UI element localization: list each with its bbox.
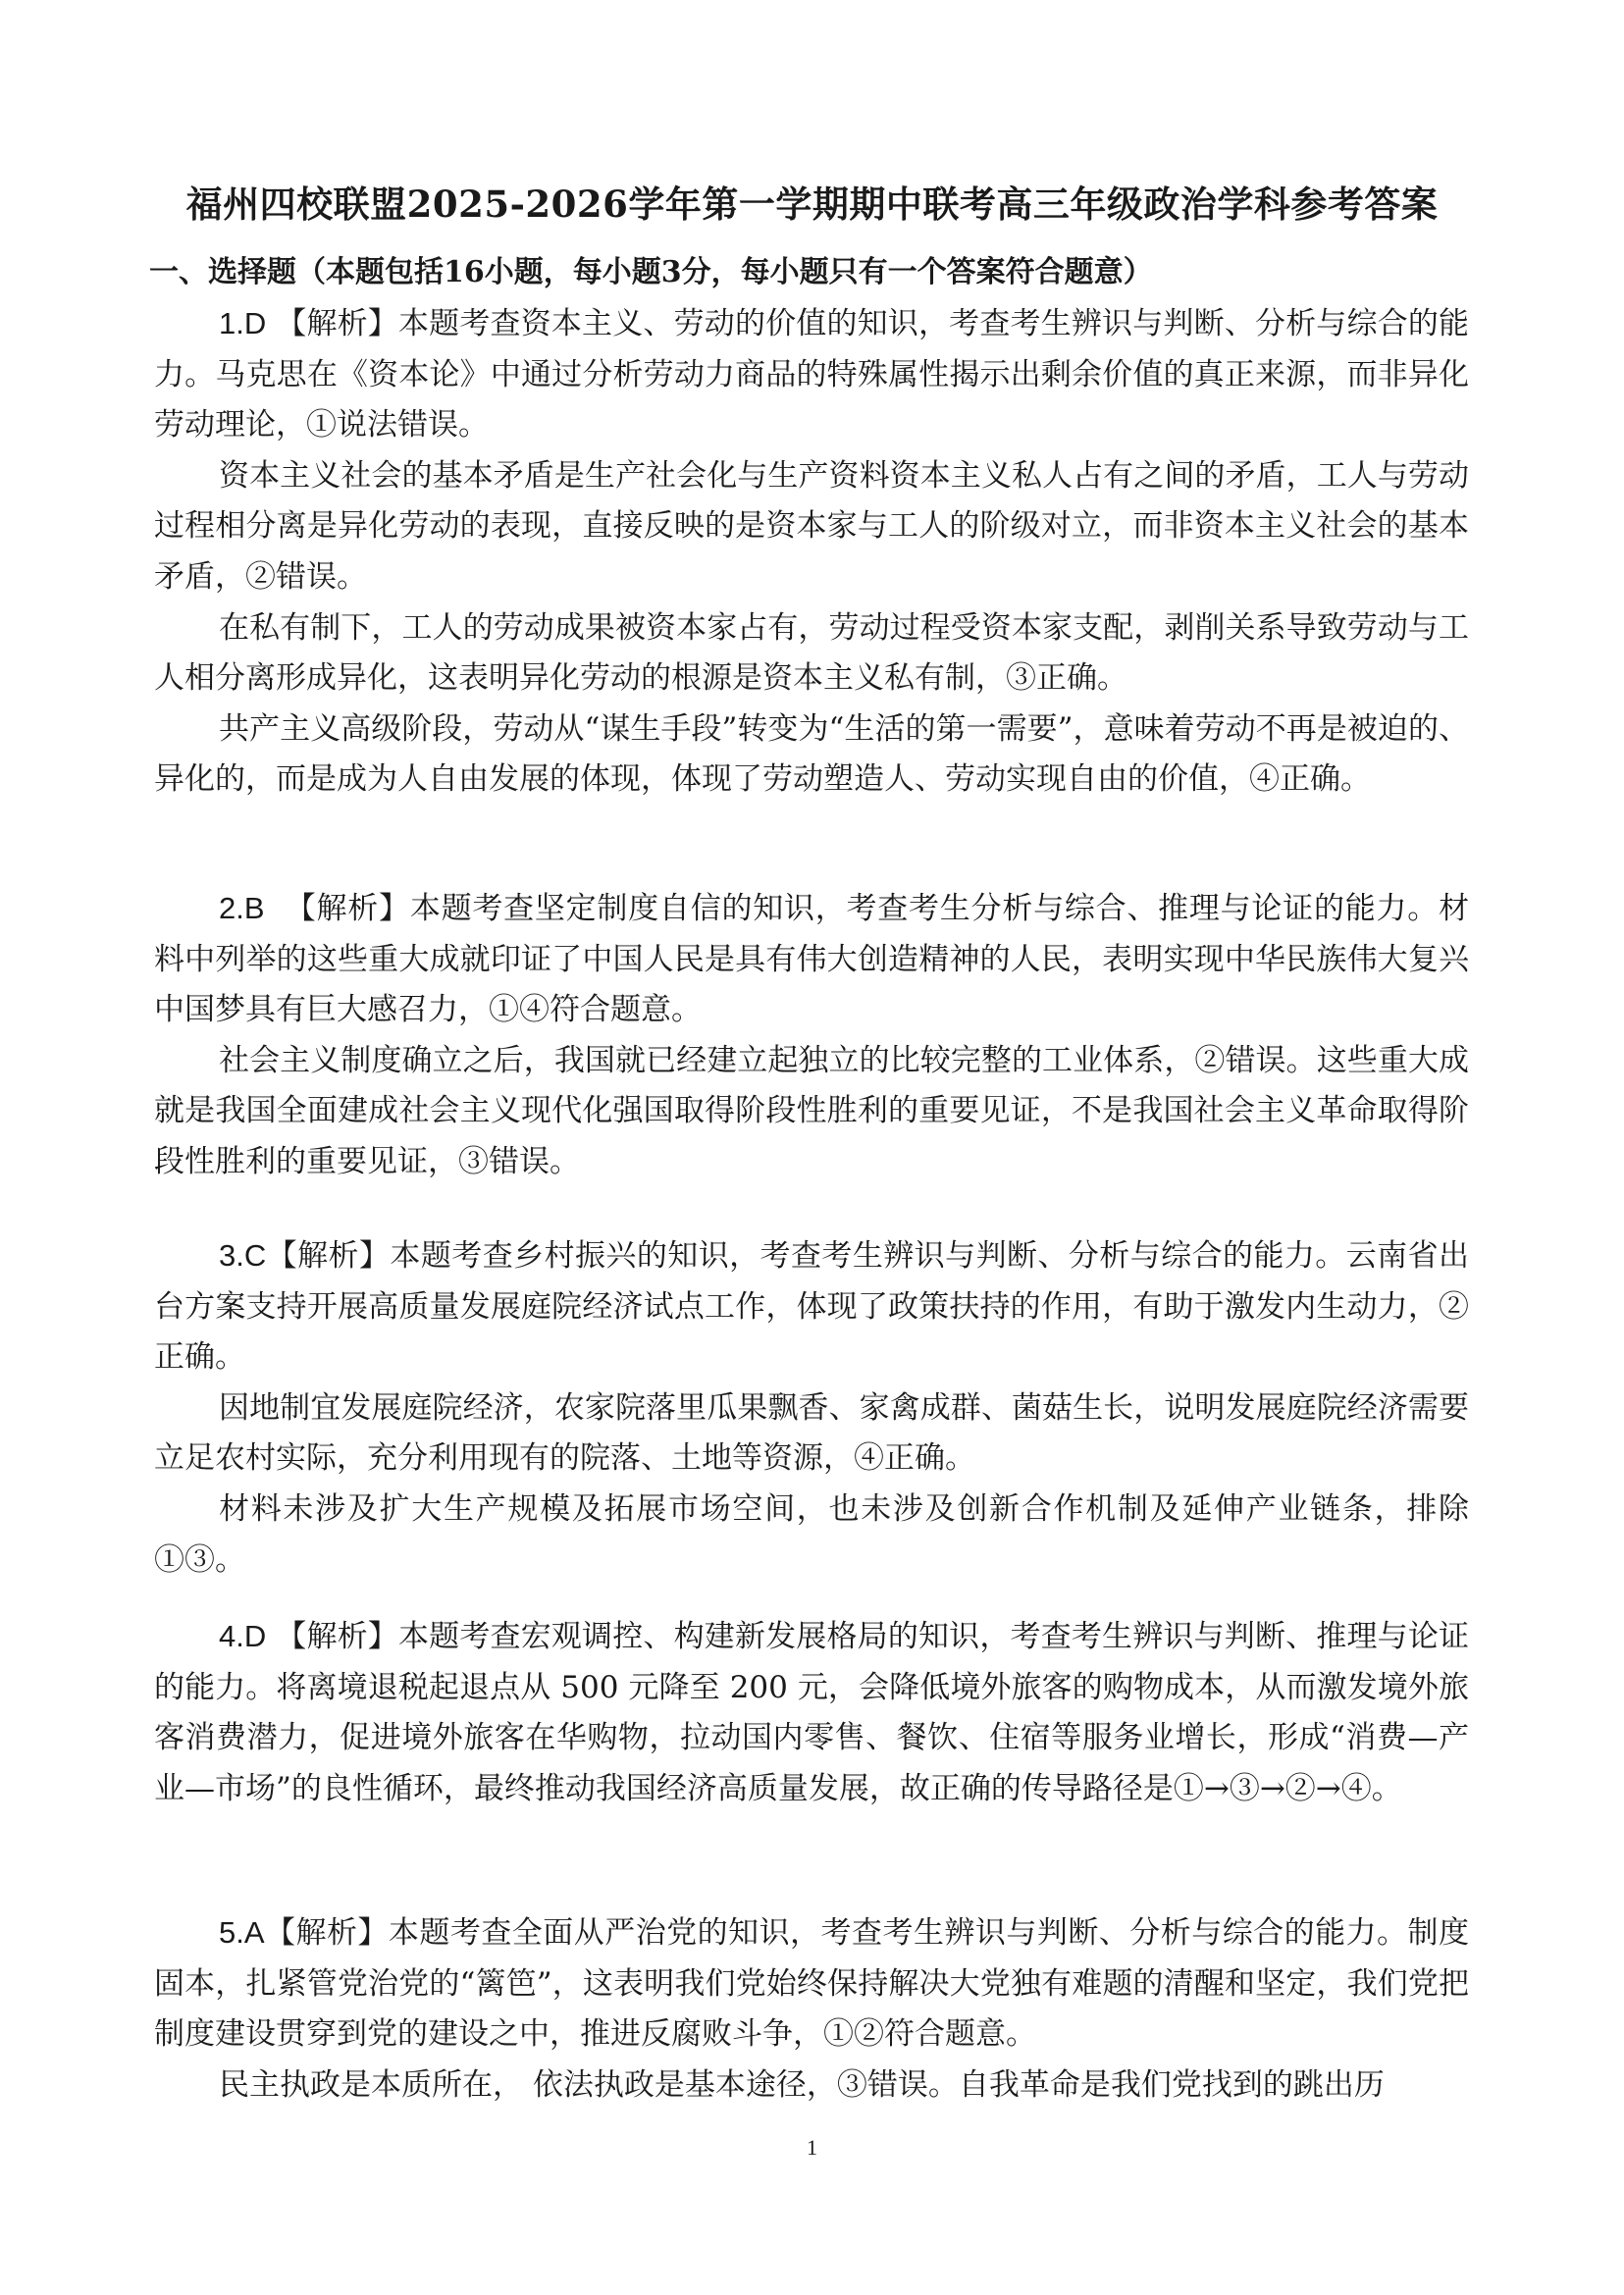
answer-block-q2: 2.B 【解析】本题考查坚定制度自信的知识，考查考生分析与综合、推理与论证的能力… xyxy=(154,883,1469,1188)
answer-paragraph: 民主执政是本质所在， 依法执政是基本途径，③错误。自我革命是我们党找到的跳出历 xyxy=(154,2060,1469,2112)
answer-block-q1: 1.D 【解析】本题考查资本主义、劳动的价值的知识，考查考生辨识与判断、分析与综… xyxy=(154,298,1469,806)
question-number: 3.C xyxy=(219,1238,266,1273)
answer-block-q5: 5.A【解析】本题考查全面从严治党的知识，考查考生辨识与判断、分析与综合的能力。… xyxy=(154,1907,1469,2111)
analysis-tag: 【解析】 xyxy=(286,891,410,926)
answer-block-q4: 4.D 【解析】本题考查宏观调控、构建新发展格局的知识，考查考生辨识与判断、推理… xyxy=(154,1611,1469,1814)
answer-block-q3: 3.C【解析】本题考查乡村振兴的知识，考查考生辨识与判断、分析与综合的能力。云南… xyxy=(154,1230,1469,1586)
answer-paragraph: 因地制宜发展庭院经济，农家院落里瓜果飘香、家禽成群、菌菇生长，说明发展庭院经济需… xyxy=(154,1383,1469,1485)
answer-paragraph: 共产主义高级阶段，劳动从“谋生手段”转变为“生活的第一需要”，意味着劳动不再是被… xyxy=(154,704,1469,806)
answer-paragraph: 3.C【解析】本题考查乡村振兴的知识，考查考生辨识与判断、分析与综合的能力。云南… xyxy=(154,1230,1469,1383)
answer-paragraph: 材料未涉及扩大生产规模及拓展市场空间，也未涉及创新合作机制及延伸产业链条，排除①… xyxy=(154,1485,1469,1586)
answer-paragraph: 资本主义社会的基本矛盾是生产社会化与生产资料资本主义私人占有之间的矛盾，工人与劳… xyxy=(154,451,1469,603)
question-number: 2.B xyxy=(219,891,265,925)
answer-paragraph: 1.D 【解析】本题考查资本主义、劳动的价值的知识，考查考生辨识与判断、分析与综… xyxy=(154,298,1469,451)
document-title: 福州四校联盟2025-2026学年第一学期期中联考高三年级政治学科参考答案 xyxy=(0,175,1624,228)
page-number: 1 xyxy=(0,2135,1624,2161)
analysis-tag: 【解析】 xyxy=(276,1619,398,1654)
section-heading: 一、选择题（本题包括16小题，每小题3分，每小题只有一个答案符合题意） xyxy=(149,247,1484,290)
question-number: 5.A xyxy=(219,1915,265,1950)
analysis-tag: 【解析】 xyxy=(276,306,398,341)
answer-paragraph: 5.A【解析】本题考查全面从严治党的知识，考查考生辨识与判断、分析与综合的能力。… xyxy=(154,1907,1469,2060)
answer-paragraph: 4.D 【解析】本题考查宏观调控、构建新发展格局的知识，考查考生辨识与判断、推理… xyxy=(154,1611,1469,1814)
analysis-tag: 【解析】 xyxy=(266,1238,390,1274)
question-number: 4.D xyxy=(219,1619,266,1653)
analysis-tag: 【解析】 xyxy=(265,1915,389,1951)
answer-paragraph: 社会主义制度确立之后，我国就已经建立起独立的比较完整的工业体系，②错误。这些重大… xyxy=(154,1036,1469,1188)
answer-paragraph: 2.B 【解析】本题考查坚定制度自信的知识，考查考生分析与综合、推理与论证的能力… xyxy=(154,883,1469,1036)
question-number: 1.D xyxy=(219,306,266,340)
answer-paragraph: 在私有制下，工人的劳动成果被资本家占有，劳动过程受资本家支配，剥削关系导致劳动与… xyxy=(154,603,1469,704)
